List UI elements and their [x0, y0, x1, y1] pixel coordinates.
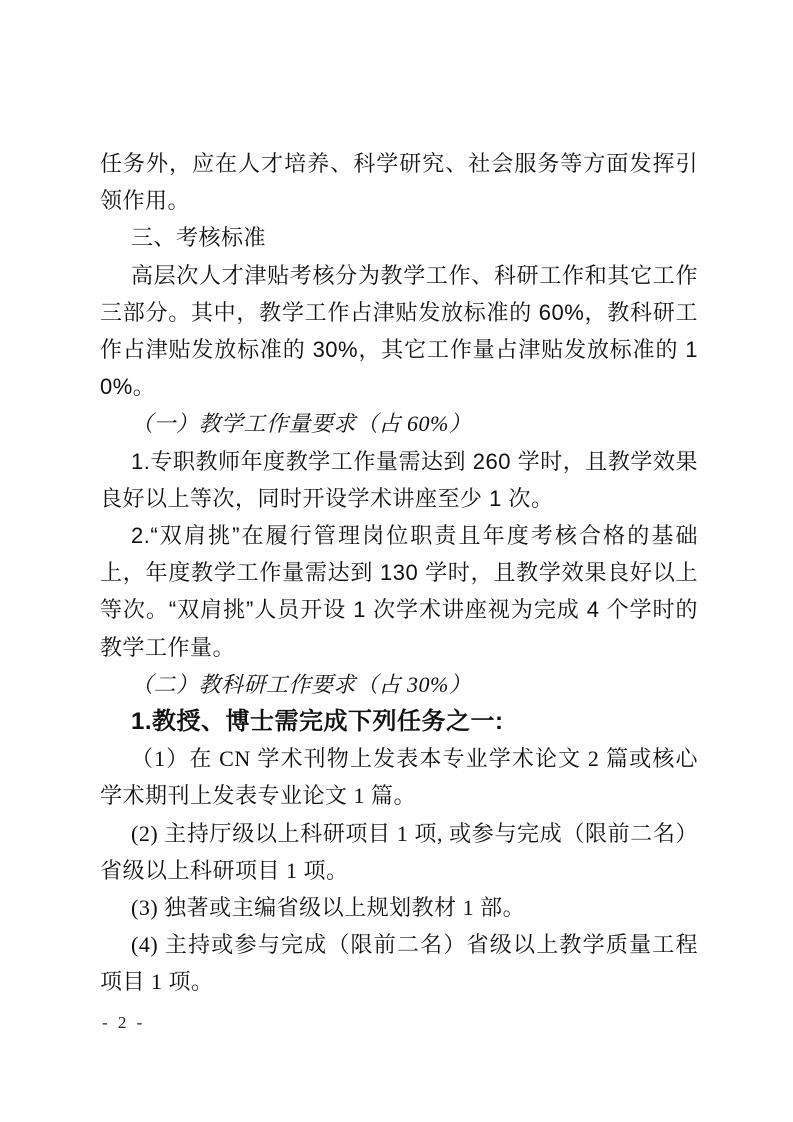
heading-professor-doctor-tasks: 1.教授、博士需完成下列任务之一:: [100, 703, 698, 740]
paragraph-continuation: 任务外，应在人才培养、科学研究、社会服务等方面发挥引领作用。: [100, 145, 698, 219]
document-page: 任务外，应在人才培养、科学研究、社会服务等方面发挥引领作用。 三、考核标准 高层…: [0, 0, 793, 1122]
page-number: - 2 -: [102, 1013, 145, 1033]
task-item-2-research-project: (2) 主持厅级以上科研项目 1 项, 或参与完成（限前二名）省级以上科研项目 …: [100, 815, 698, 889]
paragraph-fulltime-teacher-requirement: 1.专职教师年度教学工作量需达到 260 学时，且教学效果良好以上等次，同时开设…: [100, 443, 698, 517]
document-body: 任务外，应在人才培养、科学研究、社会服务等方面发挥引领作用。 三、考核标准 高层…: [100, 145, 698, 1001]
paragraph-dual-role-requirement: 2.“双肩挑”在履行管理岗位职责且年度考核合格的基础上，年度教学工作量需达到 1…: [100, 517, 698, 666]
heading-section-three: 三、考核标准: [100, 219, 698, 256]
task-item-1-papers: （1）在 CN 学术刊物上发表本专业学术论文 2 篇或核心学术期刊上发表专业论文…: [100, 740, 698, 814]
heading-teaching-workload-requirement: （一）教学工作量要求（占 60%）: [100, 405, 698, 442]
heading-research-requirement: （二）教科研工作要求（占 30%）: [100, 666, 698, 703]
task-item-4-quality-project: (4) 主持或参与完成（限前二名）省级以上教学质量工程项目 1 项。: [100, 926, 698, 1000]
paragraph-allowance-overview: 高层次人才津贴考核分为教学工作、科研工作和其它工作三部分。其中，教学工作占津贴发…: [100, 257, 698, 406]
task-item-3-textbook: (3) 独著或主编省级以上规划教材 1 部。: [100, 889, 698, 926]
